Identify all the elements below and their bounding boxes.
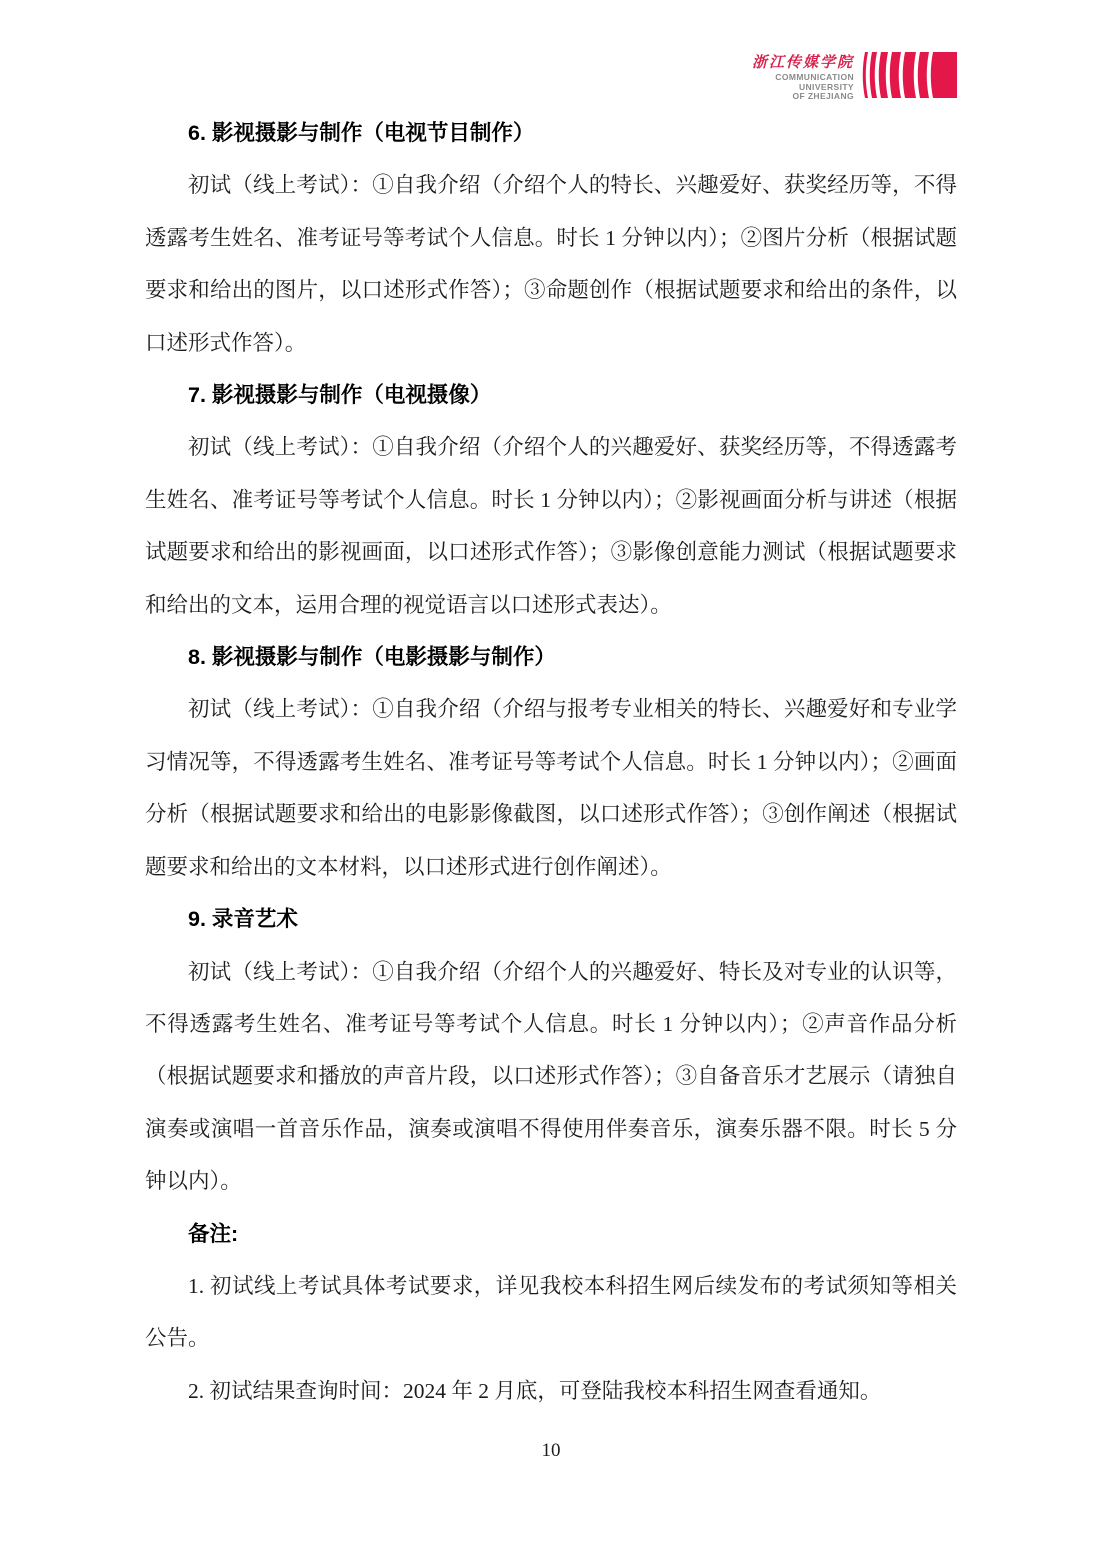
- section-heading-6: 6. 影视摄影与制作（电视节目制作）: [145, 107, 957, 159]
- section-body-7: 初试（线上考试）：①自我介绍（介绍个人的兴趣爱好、获奖经历等，不得透露考生姓名、…: [145, 421, 957, 631]
- section-body-9: 初试（线上考试）：①自我介绍（介绍个人的兴趣爱好、特长及对专业的认识等，不得透露…: [145, 946, 957, 1208]
- page-number: 10: [542, 1440, 561, 1462]
- section-heading-8: 8. 影视摄影与制作（电影摄影与制作）: [145, 631, 957, 683]
- document-body: 6. 影视摄影与制作（电视节目制作） 初试（线上考试）：①自我介绍（介绍个人的特…: [145, 0, 957, 1417]
- notes-heading: 备注:: [145, 1208, 957, 1260]
- note-item-1: 1. 初试线上考试具体考试要求，详见我校本科招生网后续发布的考试须知等相关公告。: [145, 1260, 957, 1365]
- section-body-8: 初试（线上考试）：①自我介绍（介绍与报考专业相关的特长、兴趣爱好和专业学习情况等…: [145, 683, 957, 893]
- note-item-2: 2. 初试结果查询时间：2024 年 2 月底，可登陆我校本科招生网查看通知。: [145, 1365, 957, 1417]
- page-footer: 10: [0, 1440, 1102, 1462]
- section-heading-9: 9. 录音艺术: [145, 893, 957, 945]
- section-body-6: 初试（线上考试）：①自我介绍（介绍个人的特长、兴趣爱好、获奖经历等，不得透露考生…: [145, 159, 957, 369]
- section-heading-7: 7. 影视摄影与制作（电视摄像）: [145, 369, 957, 421]
